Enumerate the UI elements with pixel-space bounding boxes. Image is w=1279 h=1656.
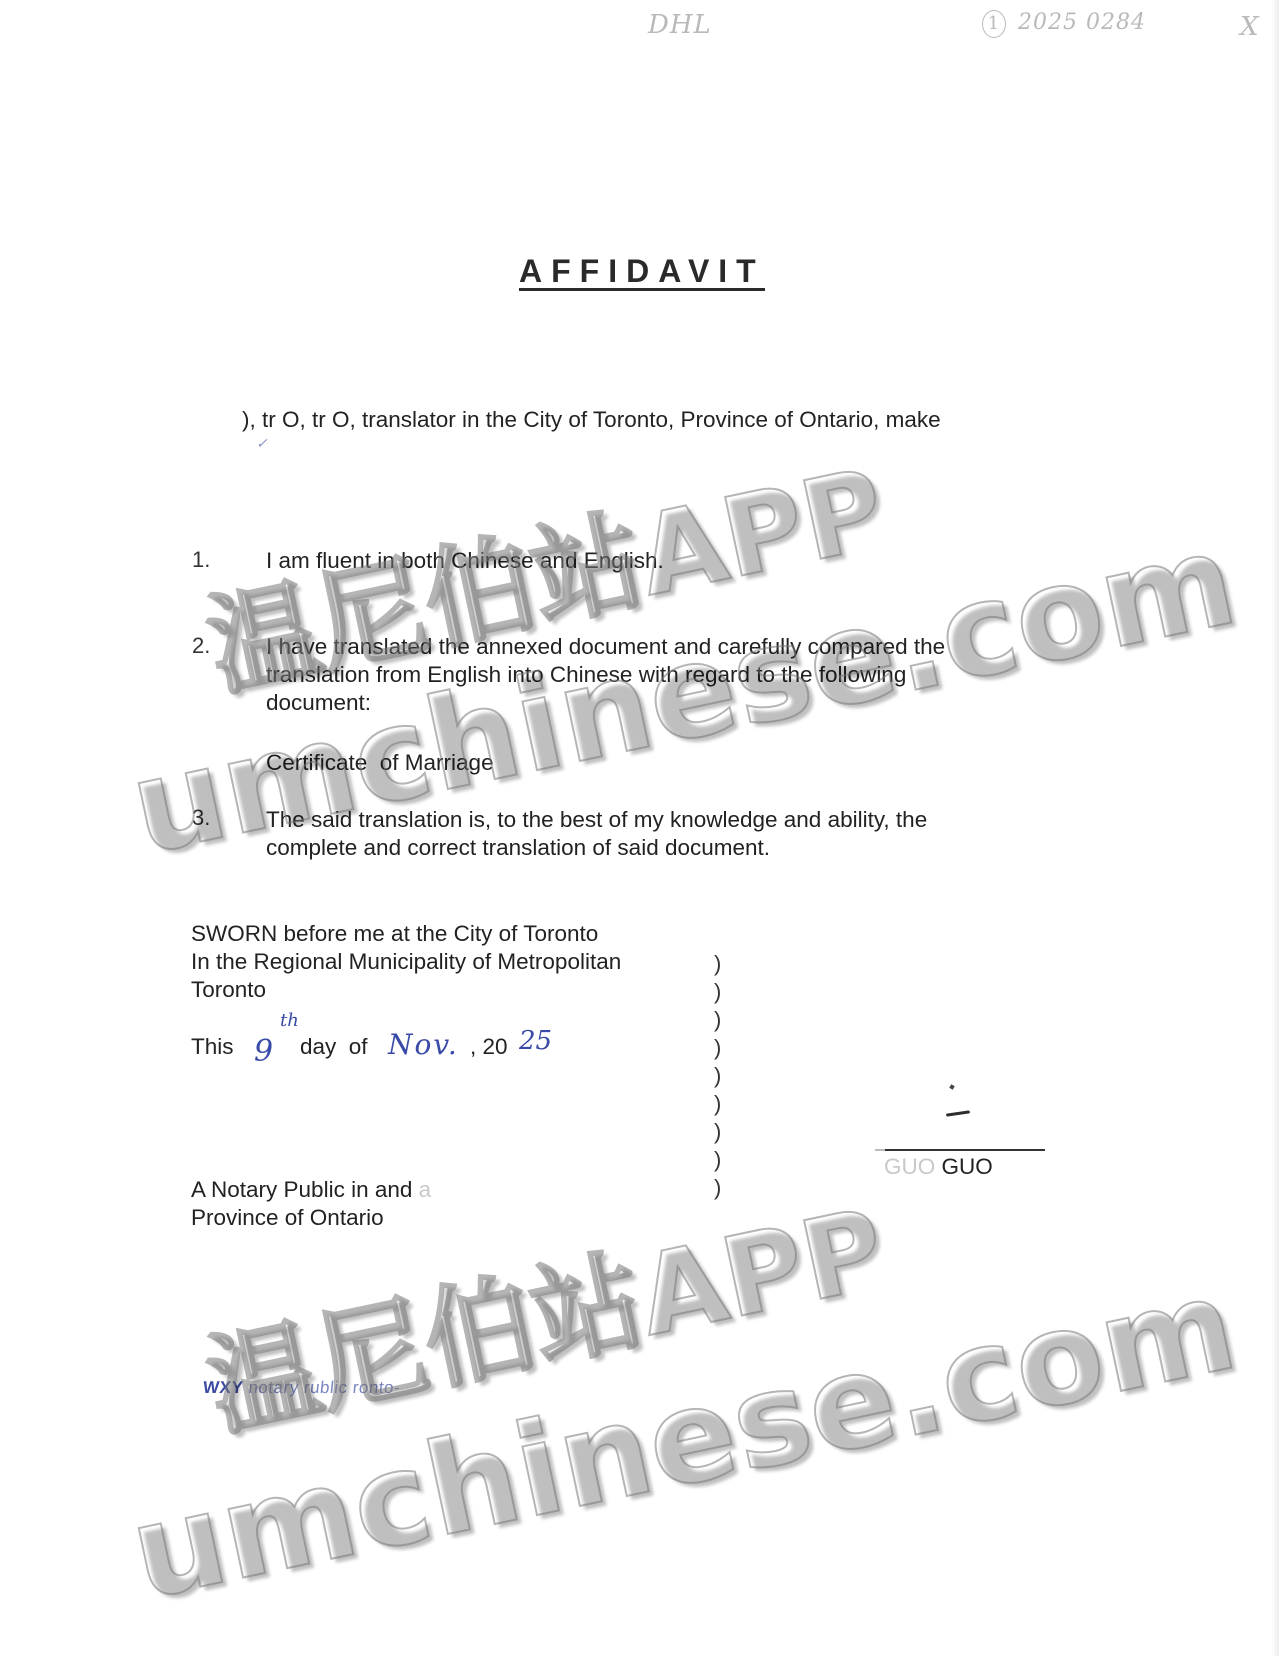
- reference-number: 2025 0284: [1018, 10, 1146, 35]
- signature-mark: [949, 1084, 954, 1089]
- signature-stroke: [946, 1110, 970, 1116]
- bracket: ): [714, 978, 721, 1006]
- bracket: ): [714, 950, 721, 978]
- notary-line-1-text: A Notary Public in and: [191, 1177, 412, 1202]
- jurat-day-label: day of: [300, 1033, 368, 1061]
- handwritten-day-suffix: th: [280, 1010, 299, 1031]
- intro-line: ), tr O, tr O, translator in the City of…: [242, 406, 941, 434]
- bracket: ): [714, 1062, 721, 1090]
- bracket: ): [714, 1034, 721, 1062]
- page-edge: [1271, 0, 1279, 1656]
- signatory-name-text: GUO: [942, 1154, 993, 1179]
- notary-line-2: Province of Ontario: [191, 1204, 384, 1232]
- bracket-column: ) ) ) ) ) ) ) ) ): [714, 950, 721, 1202]
- clause-2-number: 2.: [192, 633, 210, 659]
- x-mark: X: [1240, 12, 1260, 42]
- bracket: ): [714, 1174, 721, 1202]
- signature-line: [885, 1149, 1045, 1151]
- handwritten-day: 9: [254, 1034, 273, 1069]
- jurat-line-1: SWORN before me at the City of Toronto: [191, 920, 598, 948]
- jurat-line-2: In the Regional Municipality of Metropol…: [191, 948, 621, 976]
- notary-line-1-faint: a: [412, 1177, 431, 1202]
- jurat-line-3: Toronto: [191, 976, 266, 1004]
- jurat-year-prefix: , 20: [470, 1033, 508, 1061]
- stamp-text: notary rublic ronto-: [248, 1378, 402, 1397]
- clause-3-line-1: The said translation is, to the best of …: [266, 806, 927, 834]
- bracket: ): [714, 1006, 721, 1034]
- handwritten-note-dhl: DHL: [648, 10, 712, 40]
- stamp-prefix: WXY: [202, 1378, 244, 1397]
- translated-document-name: Certificate of Marriage: [266, 749, 494, 777]
- document-title: AFFIDAVIT: [519, 254, 765, 291]
- clause-3-line-2: complete and correct translation of said…: [266, 834, 770, 862]
- circled-number: 1: [982, 10, 1006, 38]
- clause-1-number: 1.: [192, 547, 210, 573]
- handwritten-month: Nov.: [388, 1028, 459, 1061]
- notary-stamp: WXY notary rublic ronto-: [202, 1378, 401, 1398]
- watermark-url: umchinese.com: [119, 1250, 1248, 1629]
- clause-3-number: 3.: [192, 805, 210, 831]
- bracket: ): [714, 1090, 721, 1118]
- handwritten-reference: 12025 0284: [982, 10, 1146, 38]
- signatory-name: GUO GUO: [884, 1153, 993, 1181]
- clause-2-line-1: I have translated the annexed document a…: [266, 633, 945, 661]
- bracket: ): [714, 1146, 721, 1174]
- clause-2-line-2: translation from English into Chinese wi…: [266, 661, 906, 689]
- jurat-date-prefix: This: [191, 1033, 234, 1061]
- signatory-name-faint: GUO: [884, 1154, 935, 1179]
- notary-line-1: A Notary Public in and a: [191, 1176, 431, 1204]
- handwritten-year: 25: [519, 1026, 552, 1056]
- bracket: ): [714, 1118, 721, 1146]
- clause-1-text: I am fluent in both Chinese and English.: [266, 547, 664, 575]
- tick-mark: ✓: [256, 436, 268, 452]
- clause-2-line-3: document:: [266, 689, 371, 717]
